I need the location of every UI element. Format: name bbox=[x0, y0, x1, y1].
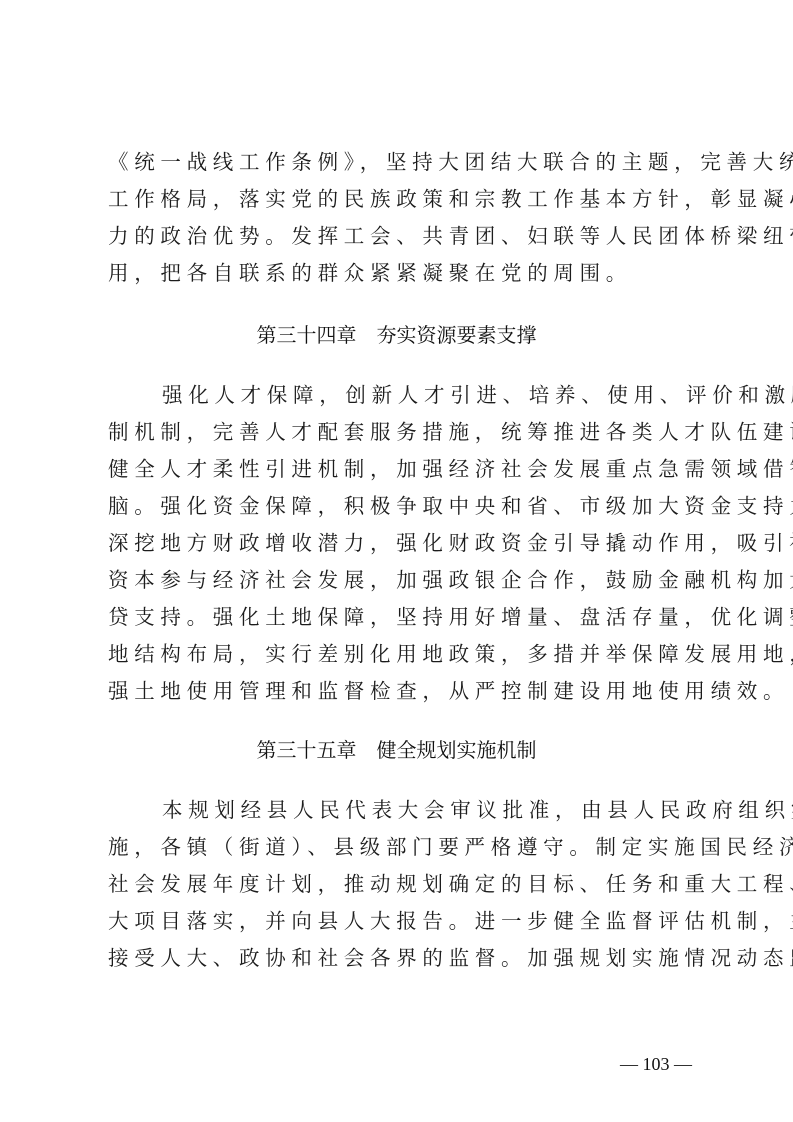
document-page: 《统一战线工作条例》，坚持大团结大联合的主题，完善大统战 工作格局，落实党的民族… bbox=[0, 0, 793, 1122]
text-line: 健全人才柔性引进机制，加强经济社会发展重点急需领域借智借 bbox=[108, 454, 700, 484]
text-line: 本规划经县人民代表大会审议批准，由县人民政府组织实 bbox=[162, 795, 700, 825]
text-line: 制机制，完善人才配套服务措施，统筹推进各类人才队伍建设， bbox=[108, 417, 700, 447]
text-line: 资本参与经济社会发展，加强政银企合作，鼓励金融机构加大信 bbox=[108, 565, 700, 595]
text-line: 强土地使用管理和监督检查，从严控制建设用地使用绩效。 bbox=[108, 676, 700, 706]
text-line: 施，各镇（街道）、县级部门要严格遵守。制定实施国民经济和 bbox=[108, 832, 700, 862]
text-line: 深挖地方财政增收潜力，强化财政资金引导撬动作用，吸引社会 bbox=[108, 528, 700, 558]
text-line: 《统一战线工作条例》，坚持大团结大联合的主题，完善大统战 bbox=[108, 147, 700, 177]
chapter-heading-35: 第三十五章 健全规划实施机制 bbox=[0, 735, 793, 765]
chapter-heading-34: 第三十四章 夯实资源要素支撑 bbox=[0, 320, 793, 350]
page-number: — 103 — bbox=[620, 1052, 692, 1076]
text-line: 力的政治优势。发挥工会、共青团、妇联等人民团体桥梁纽带作 bbox=[108, 221, 700, 251]
text-line: 大项目落实，并向县人大报告。进一步健全监督评估机制，主动 bbox=[108, 906, 700, 936]
text-line: 地结构布局，实行差别化用地政策，多措并举保障发展用地，加 bbox=[108, 639, 700, 669]
text-line: 接受人大、政协和社会各界的监督。加强规划实施情况动态监测， bbox=[108, 943, 700, 973]
text-line: 强化人才保障，创新人才引进、培养、使用、评价和激励体 bbox=[162, 380, 700, 410]
text-line: 社会发展年度计划，推动规划确定的目标、任务和重大工程、重 bbox=[108, 869, 700, 899]
text-line: 工作格局，落实党的民族政策和宗教工作基本方针，彰显凝心聚 bbox=[108, 184, 700, 214]
text-line: 脑。强化资金保障，积极争取中央和省、市级加大资金支持力度， bbox=[108, 491, 700, 521]
text-line: 贷支持。强化土地保障，坚持用好增量、盘活存量，优化调整用 bbox=[108, 602, 700, 632]
text-line: 用，把各自联系的群众紧紧凝聚在党的周围。 bbox=[108, 258, 700, 288]
